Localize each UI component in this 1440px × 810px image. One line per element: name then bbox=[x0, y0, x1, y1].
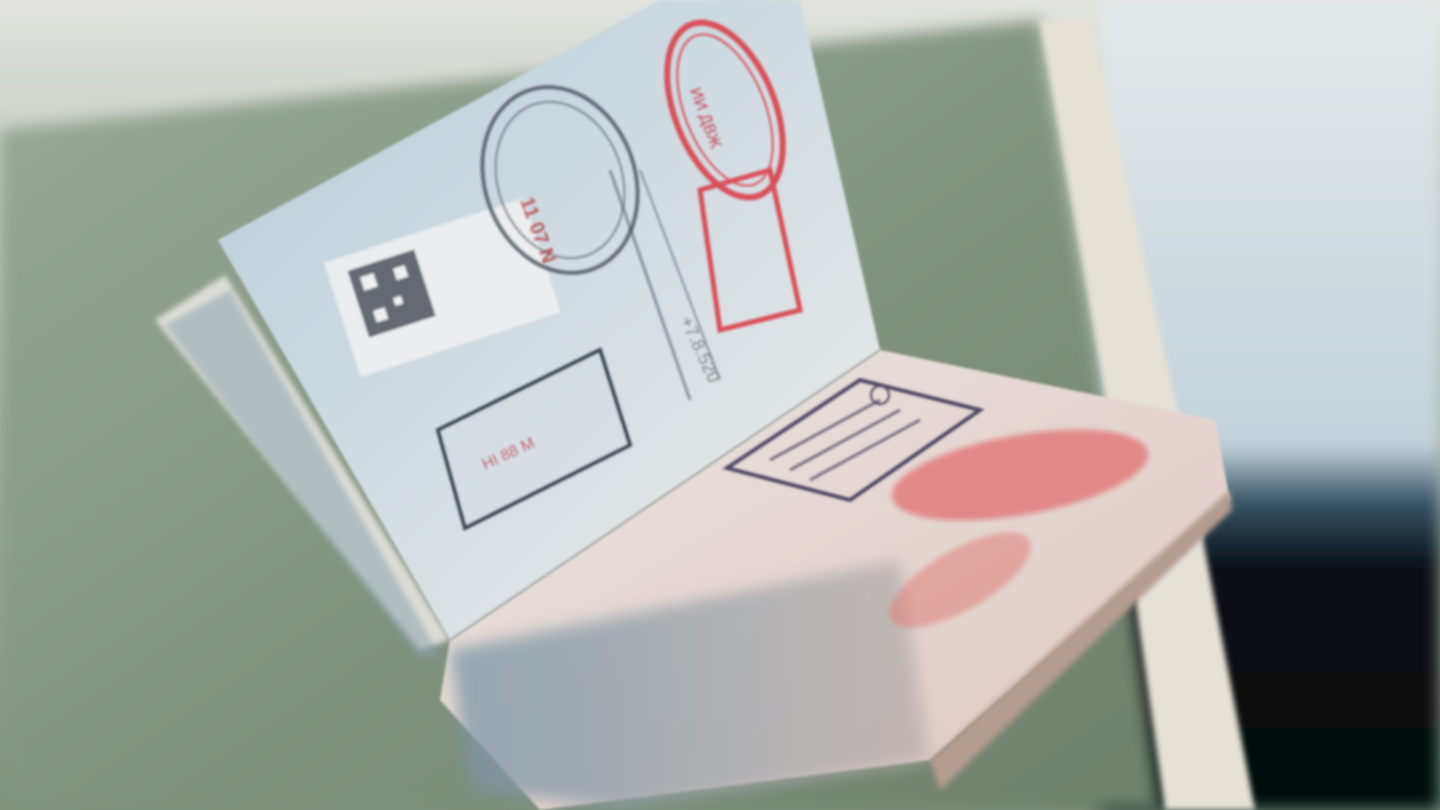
photo-scene: 11 07 N ИИ ДВЖ +7.8.520 HI 88 M bbox=[0, 0, 1440, 810]
passport-photo: 11 07 N ИИ ДВЖ +7.8.520 HI 88 M bbox=[0, 0, 1440, 810]
